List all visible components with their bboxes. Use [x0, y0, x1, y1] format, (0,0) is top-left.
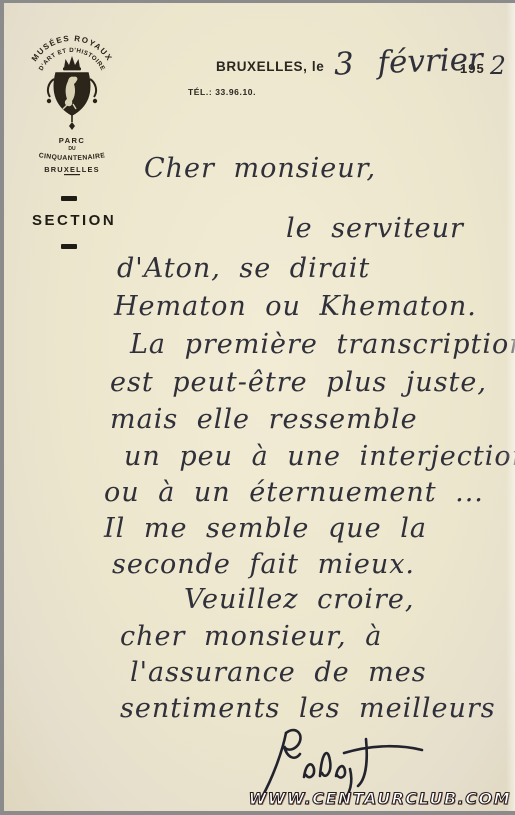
museum-stamp-seal: MUSÉES ROYAUX D'ART ET D'HISTOIRE	[20, 29, 124, 179]
phone-label: TÉL.: 33.96.10.	[188, 87, 256, 97]
section-dash-bottom	[61, 244, 77, 249]
handwritten-year-digit: 2	[490, 53, 506, 78]
city-date-printed-label: BRUXELLES, le	[216, 59, 324, 74]
letter-line: Il me semble que la	[104, 515, 427, 542]
letter-line: le serviteur	[286, 215, 464, 242]
stamp-cinquantenaire-text: CINQUANTENAIRE	[38, 152, 106, 162]
letter-line: seconde fait mieux.	[112, 551, 415, 578]
letter-line: Hematon ou Khematon.	[114, 293, 477, 320]
section-dash-top	[61, 196, 77, 201]
letter-line: ou à un éternuement ...	[104, 479, 484, 506]
letter-line: mais elle ressemble	[110, 406, 418, 433]
handwritten-date: 3 février	[334, 44, 484, 80]
website-watermark: WWW.CENTAURCLUB.COM	[249, 789, 511, 808]
stamp-crown-icon	[63, 56, 81, 70]
letter-line: sentiments les meilleurs	[120, 695, 496, 722]
letter-line: Veuillez croire,	[184, 586, 414, 613]
letter-line: La première transcription	[130, 331, 515, 358]
letter-line: est peut-être plus juste,	[110, 369, 487, 396]
stamp-bruxelles-underline	[64, 174, 80, 175]
letter-line: un peu à une interjection	[124, 443, 515, 470]
stamp-shield-lion-icon	[47, 73, 97, 130]
stamp-du-text: DU	[68, 146, 76, 152]
letter-line: l'assurance de mes	[130, 659, 427, 686]
stamp-bruxelles-text: BRUXELLES	[44, 165, 100, 174]
section-label: SECTION	[32, 212, 116, 229]
letter-line: d'Aton, se dirait	[117, 255, 370, 282]
stamp-parc-text: PARC	[59, 136, 86, 145]
svg-text:CINQUANTENAIRE: CINQUANTENAIRE	[38, 152, 106, 162]
letter-paper: MUSÉES ROYAUX D'ART ET D'HISTOIRE	[4, 3, 515, 811]
letter-line: Cher monsieur,	[144, 155, 376, 182]
letter-line: cher monsieur, à	[120, 623, 382, 650]
letter-photo: MUSÉES ROYAUX D'ART ET D'HISTOIRE	[0, 0, 515, 815]
